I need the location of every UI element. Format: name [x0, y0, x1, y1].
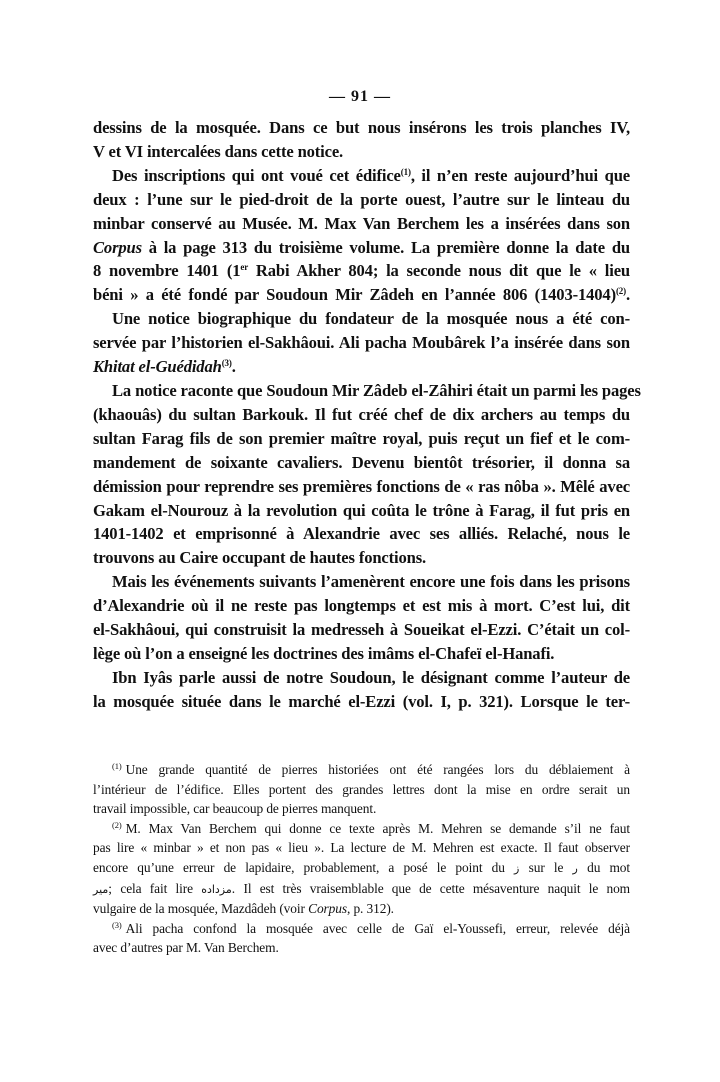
text-fragment: du mot: [578, 860, 630, 875]
text-line: mandement de soixante cavaliers. Devenu …: [93, 451, 630, 475]
text-line: 8 novembre 1401 (1er Rabi Akher 804; la …: [93, 259, 630, 283]
text-line: Khitat el-Guédidah(3).: [93, 355, 630, 379]
footnote-marker: (2): [112, 820, 122, 830]
corpus-title: Corpus: [93, 238, 142, 257]
text-line: sultan Farag fils de son premier maître …: [93, 427, 630, 451]
text-line: béni » a été fondé par Soudoun Mir Zâdeh…: [93, 283, 630, 307]
arabic-word-mir: مير: [93, 883, 108, 896]
text-line: démission pour reprendre ses premières f…: [93, 475, 630, 499]
text-fragment: . Il est très vraisemblable que de cette…: [232, 881, 630, 896]
text-fragment: à la page 313 du troisième volume. La pr…: [149, 238, 630, 257]
footnote-line: avec d’autres par M. Van Berchem.: [93, 938, 630, 958]
footnote-ref-1[interactable]: (1): [401, 167, 411, 177]
document-page: — 91 — dessins de la mosquée. Dans ce bu…: [0, 0, 720, 1082]
text-fragment: ; cela fait lire: [108, 881, 193, 896]
text-fragment: .: [626, 285, 630, 304]
paragraph: dessins de la mosquée. Dans ce but nous …: [93, 116, 630, 164]
page-number: — 91 —: [0, 88, 720, 106]
text-fragment: M. Max Van Berchem qui donne ce texte ap…: [126, 821, 630, 836]
text-fragment: Une grande quantité de pierres historiée…: [126, 762, 630, 777]
text-line: la mosquée située dans le marché el-Ezzi…: [93, 690, 630, 714]
footnote-1: (1)Une grande quantité de pierres histor…: [93, 760, 630, 819]
text-line: el-Sakhâoui, qui construisit la medresse…: [93, 618, 630, 642]
text-fragment: Rabi Akher 804; la seconde nous dit que …: [248, 261, 630, 280]
khitat-title: Khitat el-Guédidah: [93, 357, 222, 376]
text-line: Corpus à la page 313 du troisième volume…: [93, 236, 630, 260]
superscript-er: er: [240, 262, 248, 272]
body-text: dessins de la mosquée. Dans ce but nous …: [93, 116, 630, 714]
text-line: minbar conservé au Musée. M. Max Van Ber…: [93, 212, 630, 236]
paragraph: Des inscriptions qui ont voué cet édific…: [93, 164, 630, 307]
footnotes: (1)Une grande quantité de pierres histor…: [93, 760, 630, 958]
footnote-line: encore qu’une erreur de lapidaire, proba…: [93, 858, 630, 879]
paragraph: La notice raconte que Soudoun Mir Zâdeb …: [93, 379, 630, 570]
footnote-line: l’intérieur de l’édifice. Elles portent …: [93, 780, 630, 800]
text-line: (khaouâs) du sultan Barkouk. Il fut créé…: [93, 403, 630, 427]
text-fragment: , p. 312).: [347, 901, 394, 916]
text-line: Gakam el-Nourouz à la revolution qui coû…: [93, 499, 630, 523]
text-fragment: sur le: [519, 860, 572, 875]
footnote-line: pas lire « minbar » et non pas « lieu ».…: [93, 838, 630, 858]
arabic-word-mazdadeh: مزداده: [201, 883, 232, 896]
text-line: dessins de la mosquée. Dans ce but nous …: [93, 116, 630, 140]
footnote-marker: (3): [112, 920, 122, 930]
text-line: La notice raconte que Soudoun Mir Zâdeb …: [93, 379, 630, 403]
text-line: Une notice biographique du fondateur de …: [93, 307, 630, 331]
footnote-line: مير; cela fait lire مزداده. Il est très …: [93, 879, 630, 900]
text-line: Ibn Iyâs parle aussi de notre Soudoun, l…: [93, 666, 630, 690]
text-line: V et VI intercalées dans cette notice.: [93, 140, 630, 164]
footnote-line: (1)Une grande quantité de pierres histor…: [93, 760, 630, 780]
text-line: trouvons au Caire occupant de hautes fon…: [93, 546, 630, 570]
text-fragment: 8 novembre 1401 (1: [93, 261, 240, 280]
text-line: servée par l’historien el-Sakhâoui. Ali …: [93, 331, 630, 355]
footnote-line: (3)Ali pacha confond la mosquée avec cel…: [93, 919, 630, 939]
text-line: lège où l’on a enseigné les doctrines de…: [93, 642, 630, 666]
text-fragment: Ali pacha confond la mosquée avec celle …: [126, 921, 630, 936]
text-fragment: Des inscriptions qui ont voué cet édific…: [112, 166, 401, 185]
footnote-line: vulgaire de la mosquée, Mazdâdeh (voir C…: [93, 899, 630, 919]
paragraph: Mais les événements suivants l’amenèrent…: [93, 570, 630, 666]
paragraph: Ibn Iyâs parle aussi de notre Soudoun, l…: [93, 666, 630, 714]
footnote-line: travail impossible, car beaucoup de pier…: [93, 799, 630, 819]
text-fragment: encore qu’une erreur de lapidaire, proba…: [93, 860, 505, 875]
text-fragment: vulgaire de la mosquée, Mazdâdeh (voir: [93, 901, 305, 916]
text-line: Mais les événements suivants l’amenèrent…: [93, 570, 630, 594]
text-line: d’Alexandrie où il ne reste pas longtemp…: [93, 594, 630, 618]
footnote-2: (2)M. Max Van Berchem qui donne ce texte…: [93, 819, 630, 919]
footnote-ref-3[interactable]: (3): [222, 358, 232, 368]
text-fragment: , il n’en reste aujourd’hui que: [411, 166, 630, 185]
footnote-3: (3)Ali pacha confond la mosquée avec cel…: [93, 919, 630, 958]
paragraph: Une notice biographique du fondateur de …: [93, 307, 630, 379]
footnote-ref-2[interactable]: (2): [616, 286, 626, 296]
text-line: 1401-1402 et emprisonné à Alexandrie ave…: [93, 522, 630, 546]
text-line: Des inscriptions qui ont voué cet édific…: [93, 164, 630, 188]
text-fragment: .: [232, 357, 236, 376]
text-line: deux : l’une sur le pied-droit de la por…: [93, 188, 630, 212]
text-fragment: béni » a été fondé par Soudoun Mir Zâdeh…: [93, 285, 616, 304]
footnote-line: (2)M. Max Van Berchem qui donne ce texte…: [93, 819, 630, 839]
footnote-marker: (1): [112, 761, 122, 771]
corpus-title: Corpus: [308, 901, 347, 916]
